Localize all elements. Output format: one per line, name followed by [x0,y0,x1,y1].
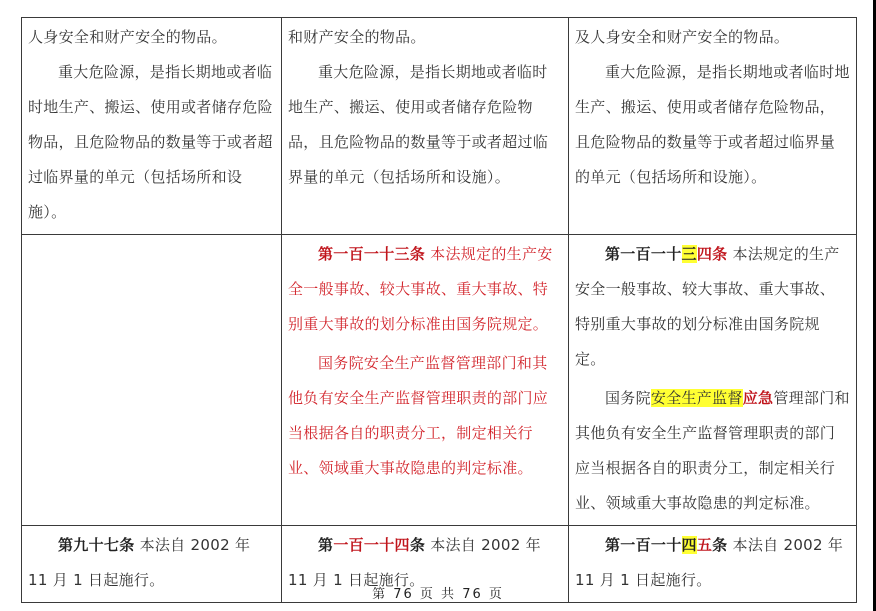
footer-middle: 页 共 [420,587,456,602]
added-text: 五 [697,536,712,554]
law-comparison-table: 人身安全和财产安全的物品。 重大危险源，是指长期地或者临时地生产、搬运、使用或者… [21,17,857,603]
table-cell-original-empty [22,235,282,526]
paragraph-text: 管理部门和其他负有安全生产监督管理职责的部门应当根据各自的职责分工，制定相关行业… [575,389,850,512]
footer-suffix: 页 [489,587,504,602]
cell-paragraph: 重大危险源，是指长期地或者临时地生产、搬运、使用或者储存危险物品，且危险物品的数… [288,55,562,195]
cell-paragraph: 重大危险源，是指长期地或者临时地生产、搬运、使用或者储存危险物品，且危险物品的数… [575,55,850,195]
article-number-start: 第 [318,536,333,554]
deleted-text-highlight: 三 [682,245,697,263]
cell-text: 人身安全和财产安全的物品。 [28,20,275,55]
cell-paragraph: 重大危险源，是指长期地或者临时地生产、搬运、使用或者储存危险物品，且危险物品的数… [28,55,275,230]
cell-paragraph: 第一百一十三四条 本法规定的生产安全一般事故、较大事故、重大事故、特别重大事故的… [575,237,850,377]
article-number-prefix: 第一百一十 [605,245,682,263]
deleted-text-highlight: 四 [682,536,697,554]
cell-paragraph: 第一百一十三条 本法规定的生产安全一般事故、较大事故、重大事故、特别重大事故的划… [288,237,562,342]
deleted-text-highlight: 安全生产监督 [651,389,743,407]
table-row: 第一百一十三条 本法规定的生产安全一般事故、较大事故、重大事故、特别重大事故的划… [22,235,857,526]
page-footer: 第 76 页 共 76 页 [0,583,876,602]
article-number-end: 条 [712,536,727,554]
table-cell-original: 人身安全和财产安全的物品。 重大危险源，是指长期地或者临时地生产、搬运、使用或者… [22,18,282,235]
article-number: 第一百一十三条 [318,245,425,263]
article-number: 第九十七条 [58,536,135,554]
article-text: 本法规定的生产安全一般事故、较大事故、重大事故、特别重大事故的划分标准由国务院规… [575,245,840,368]
added-text: 四条 [697,245,728,263]
cell-paragraph: 国务院安全生产监督管理部门和其他负有安全生产监督管理职责的部门应当根据各自的职责… [288,346,562,486]
table-row: 人身安全和财产安全的物品。 重大危险源，是指长期地或者临时地生产、搬运、使用或者… [22,18,857,235]
cell-paragraph: 国务院安全生产监督应急管理部门和其他负有安全生产监督管理职责的部门应当根据各自的… [575,381,850,521]
total-page-count: 76 [462,587,483,602]
footer-prefix: 第 [372,587,387,602]
cell-text: 及人身安全和财产安全的物品。 [575,20,850,55]
article-number-prefix: 第一百一十 [605,536,682,554]
article-number-end: 条 [410,536,425,554]
cell-text: 和财产安全的物品。 [288,20,562,55]
table-cell-draft: 第一百一十三条 本法规定的生产安全一般事故、较大事故、重大事故、特别重大事故的划… [282,235,569,526]
changed-text: 一百一十四 [333,536,410,554]
paragraph-prefix: 国务院 [605,389,651,407]
table-cell-revised: 及人身安全和财产安全的物品。 重大危险源，是指长期地或者临时地生产、搬运、使用或… [569,18,857,235]
current-page-number: 76 [393,587,414,602]
table-cell-revised: 第一百一十三四条 本法规定的生产安全一般事故、较大事故、重大事故、特别重大事故的… [569,235,857,526]
table-cell-draft: 和财产安全的物品。 重大危险源，是指长期地或者临时地生产、搬运、使用或者储存危险… [282,18,569,235]
added-text: 应急 [743,389,774,407]
